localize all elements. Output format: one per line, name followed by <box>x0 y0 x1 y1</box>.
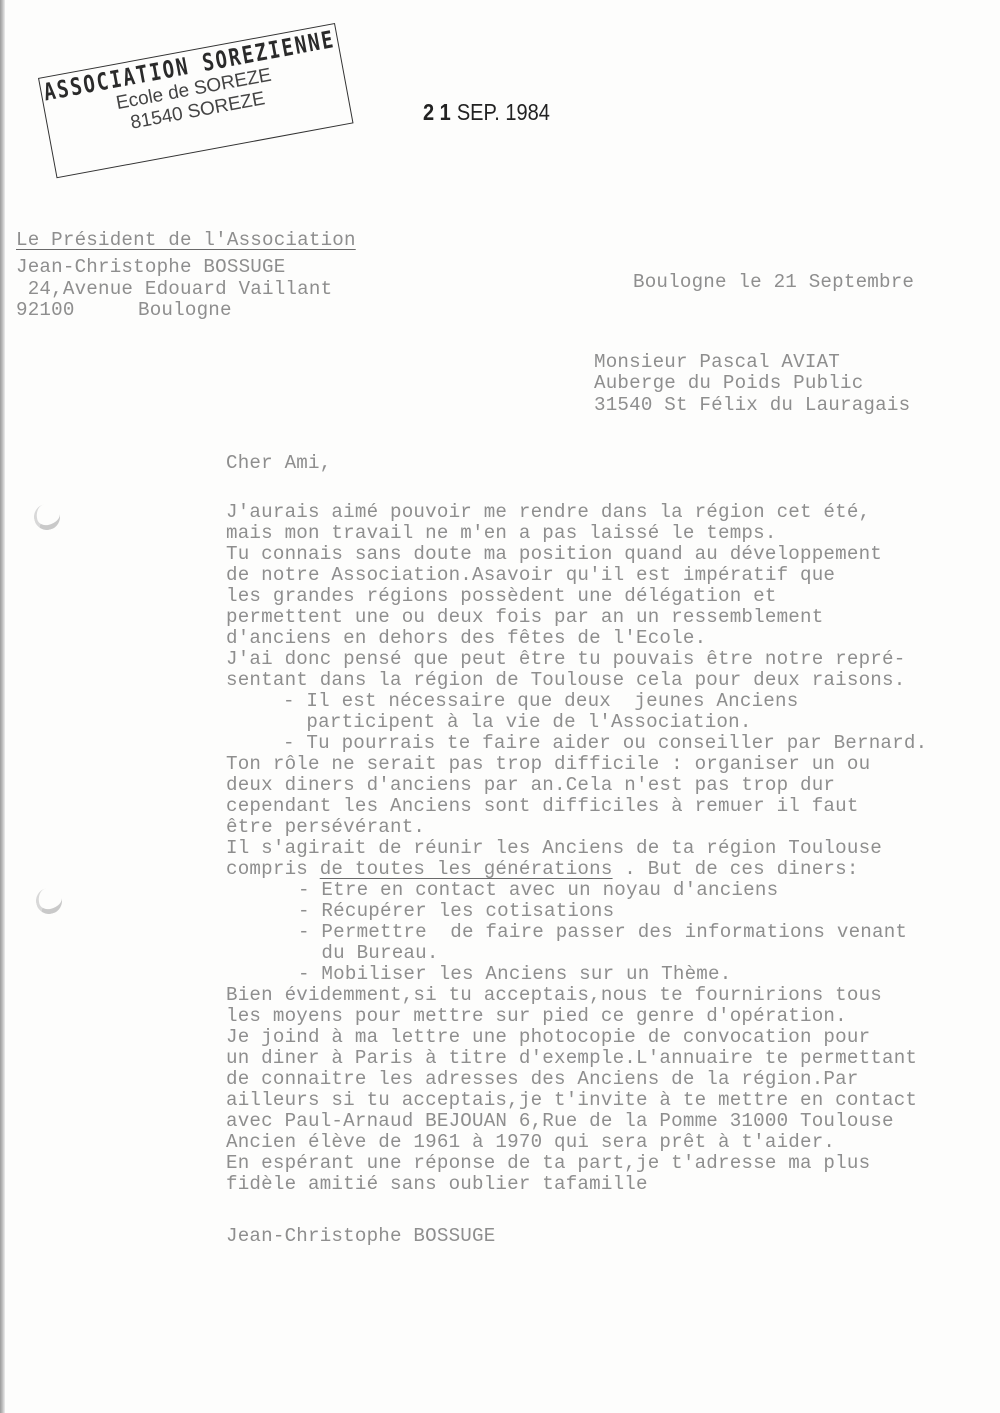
sender-name: Jean-Christophe BOSSUGE <box>16 257 285 277</box>
body-line-underlined: compris de toutes les générations . But … <box>226 859 859 879</box>
body-bullet-line: - Permettre de faire passer des informat… <box>298 922 907 942</box>
body-text: . But de ces diners: <box>613 858 859 880</box>
underlined-phrase: de toutes les générations <box>320 858 613 880</box>
salutation: Cher Ami, <box>226 453 331 473</box>
received-day: 2 1 <box>423 100 451 125</box>
body-line: sentant dans la région de Toulouse cela … <box>226 670 905 690</box>
body-bullet-line: - Il est nécessaire que deux jeunes Anci… <box>283 691 798 711</box>
sender-postcode: 92100 <box>16 300 75 320</box>
punch-hole-top <box>31 501 63 533</box>
body-line: Ton rôle ne serait pas trop difficile : … <box>226 754 870 774</box>
body-bullet-line: participent à la vie de l'Association. <box>283 712 752 732</box>
body-line: J'ai donc pensé que peut être tu pouvais… <box>226 649 905 669</box>
body-bullet-line: - Tu pourrais te faire aider ou conseill… <box>283 733 927 753</box>
body-bullet-line: - Etre en contact avec un noyau d'ancien… <box>298 880 778 900</box>
body-line: permettent une ou deux fois par an un re… <box>226 607 823 627</box>
body-bullet-line: du Bureau. <box>298 943 439 963</box>
place-date: Boulogne le 21 Septembre <box>633 272 914 292</box>
body-line: mais mon travail ne m'en a pas laissé le… <box>226 523 777 543</box>
signature: Jean-Christophe BOSSUGE <box>226 1226 495 1246</box>
body-bullet-line: - Récupérer les cotisations <box>298 901 614 921</box>
recipient-address-line-2: Auberge du Poids Public <box>594 373 863 393</box>
body-text: compris <box>226 858 320 880</box>
body-line: En espérant une réponse de ta part,je t'… <box>226 1153 870 1173</box>
sender-street: 24,Avenue Edouard Vaillant <box>16 279 332 299</box>
body-line: être persévérant. <box>226 817 425 837</box>
body-line: les moyens pour mettre sur pied ce genre… <box>226 1006 847 1026</box>
punch-hole-bottom <box>33 885 65 917</box>
sender-city: Boulogne <box>138 300 232 320</box>
body-line: Je joind à ma lettre une photocopie de c… <box>226 1027 870 1047</box>
body-line: J'aurais aimé pouvoir me rendre dans la … <box>226 502 870 522</box>
body-line: cependant les Anciens sont difficiles à … <box>226 796 859 816</box>
body-line: Bien évidemment,si tu acceptais,nous te … <box>226 985 882 1005</box>
body-line: d'anciens en dehors des fêtes de l'Ecole… <box>226 628 706 648</box>
page-binding-edge <box>0 0 5 1413</box>
association-stamp: ASSOCIATION SOREZIENNE Ecole de SOREZE 8… <box>38 23 354 178</box>
received-month-year: SEP. 1984 <box>457 100 550 125</box>
body-line: de connaitre les adresses des Anciens de… <box>226 1069 859 1089</box>
body-line: les grandes régions possèdent une déléga… <box>226 586 777 606</box>
body-line: avec Paul-Arnaud BEJOUAN 6,Rue de la Pom… <box>226 1111 894 1131</box>
body-line: fidèle amitié sans oublier tafamille <box>226 1174 648 1194</box>
sender-title: Le Président de l'Association <box>16 230 356 250</box>
body-line: ailleurs si tu acceptais,je t'invite à t… <box>226 1090 917 1110</box>
received-date-stamp: 2 1SEP. 1984 <box>423 100 550 126</box>
body-line: Ancien élève de 1961 à 1970 qui sera prê… <box>226 1132 835 1152</box>
body-bullet-line: - Mobiliser les Anciens sur un Thème. <box>298 964 731 984</box>
recipient-address-line-3: 31540 St Félix du Lauragais <box>594 395 910 415</box>
body-line: Il s'agirait de réunir les Anciens de ta… <box>226 838 882 858</box>
body-line: deux diners d'anciens par an.Cela n'est … <box>226 775 835 795</box>
recipient-name: Monsieur Pascal AVIAT <box>594 352 840 372</box>
body-line: de notre Association.Asavoir qu'il est i… <box>226 565 835 585</box>
body-line: un diner à Paris à titre d'exemple.L'ann… <box>226 1048 917 1068</box>
body-line: Tu connais sans doute ma position quand … <box>226 544 882 564</box>
